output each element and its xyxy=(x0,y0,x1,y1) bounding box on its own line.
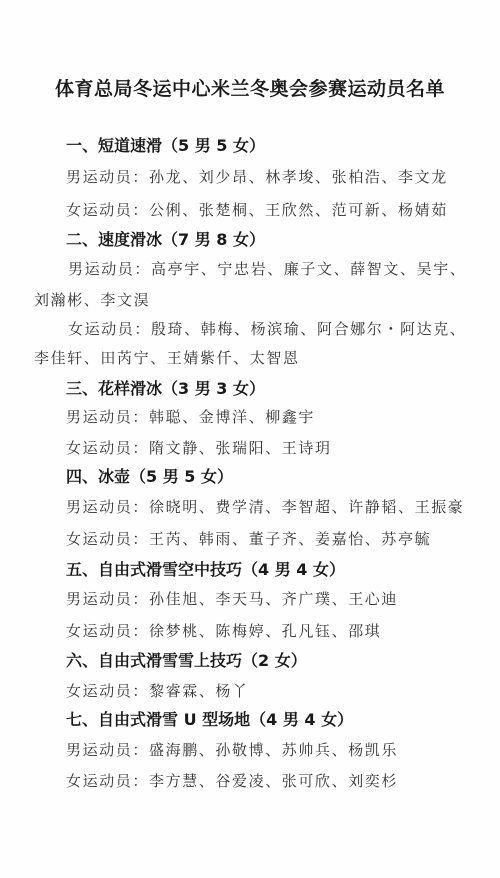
section-heading-speed-skating: 二、速度滑冰（7 男 8 女） xyxy=(66,227,265,250)
section-heading-curling: 四、冰壶（5 男 5 女） xyxy=(66,464,233,487)
section-heading-aerials: 五、自由式滑雪空中技巧（4 男 4 女） xyxy=(66,557,345,580)
document-title: 体育总局冬运中心米兰冬奥会参赛运动员名单 xyxy=(0,74,500,101)
athlete-list-women-continued: 李佳轩、田芮宁、王婧紫仟、太智恩 xyxy=(34,347,300,368)
athlete-list-men: 男运动员：徐晓明、费学清、李智超、许静韬、王振豪 xyxy=(66,496,464,517)
athlete-list-women: 女运动员：殷琦、韩梅、杨滨瑜、阿合娜尔・阿达克、 xyxy=(68,318,466,339)
athlete-list-men: 男运动员：孙龙、刘少昂、林孝埈、张柏浩、李文龙 xyxy=(66,166,448,187)
document-page: 体育总局冬运中心米兰冬奥会参赛运动员名单 一、短道速滑（5 男 5 女） 男运动… xyxy=(0,0,500,878)
section-heading-figure-skating: 三、花样滑冰（3 男 3 女） xyxy=(66,376,265,399)
section-heading-halfpipe: 七、自由式滑雪 U 型场地（4 男 4 女） xyxy=(66,707,353,730)
athlete-list-men-continued: 刘瀚彬、李文淏 xyxy=(34,289,150,310)
athlete-list-women: 女运动员：徐梦桃、陈梅婷、孔凡钰、邵琪 xyxy=(66,620,381,641)
athlete-list-men: 男运动员：高亭宇、宁忠岩、廉子文、薛智文、吴宇、 xyxy=(68,258,466,279)
athlete-list-men: 男运动员：盛海鹏、孙敬博、苏帅兵、杨凯乐 xyxy=(66,739,398,760)
section-heading-moguls: 六、自由式滑雪雪上技巧（2 女） xyxy=(66,648,307,671)
athlete-list-men: 男运动员：韩聪、金博洋、柳鑫宇 xyxy=(66,406,315,427)
athlete-list-women: 女运动员：公俐、张楚桐、王欣然、范可新、杨婧茹 xyxy=(66,199,448,220)
section-heading-short-track: 一、短道速滑（5 男 5 女） xyxy=(66,133,265,156)
athlete-list-women: 女运动员：李方慧、谷爱凌、张可欣、刘奕杉 xyxy=(66,770,398,791)
athlete-list-women: 女运动员：黎睿霖、杨丫 xyxy=(66,680,249,701)
athlete-list-women: 女运动员：王芮、韩雨、董子齐、姜嘉怡、苏亭毓 xyxy=(66,528,431,549)
athlete-list-men: 男运动员：孙佳旭、李天马、齐广璞、王心迪 xyxy=(66,588,398,609)
athlete-list-women: 女运动员：隋文静、张瑞阳、王诗玥 xyxy=(66,437,332,458)
